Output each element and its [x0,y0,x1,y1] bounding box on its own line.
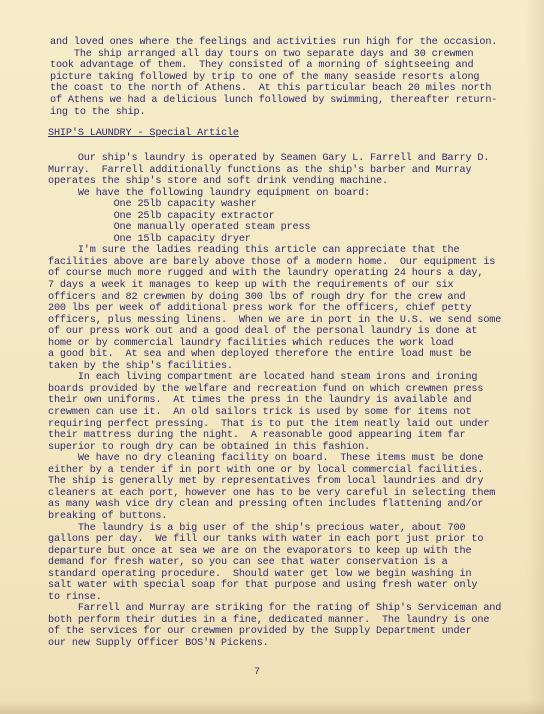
text-line: picture taking followed by trip to one o… [50,72,510,84]
intro-paragraph: and loved ones where the feelings and ac… [50,37,510,118]
text-line: One manually operated steam press [48,222,518,234]
text-line: The laundry is a big user of the ship's … [48,523,518,535]
text-line: 200 lbs per week of additional press wor… [48,303,518,315]
text-line: requiring perfect pressing. That is to p… [48,419,518,431]
text-line: their mattress during the night. A reaso… [48,430,518,442]
text-line: We have no dry cleaning facility on boar… [48,453,518,465]
text-line: breaking of buttons. [48,511,518,523]
text-line: One 25lb capacity extractor [48,211,518,223]
text-line: Farrell and Murray are striking for the … [48,603,518,615]
text-line: cleaners at each port, however one has t… [48,488,518,500]
text-line: We have the following laundry equipment … [48,188,518,200]
text-line: of the services for our crewmen provided… [48,626,518,638]
text-line: officers, plus messing linens. When we a… [48,315,518,327]
document-page: and loved ones where the feelings and ac… [0,0,544,714]
text-line: ing to the ship. [50,107,510,119]
text-line: Our ship's laundry is operated by Seamen… [48,153,518,165]
text-line: to rinse. [48,592,518,604]
text-line: and loved ones where the feelings and ac… [50,37,510,49]
text-line: home or by commercial laundry facilities… [48,338,518,350]
text-line: boards provided by the welfare and recre… [48,384,518,396]
text-line: In each living compartment are located h… [48,372,518,384]
text-line: One 15lb capacity dryer [48,234,518,246]
text-line: salt water with special soap for that pu… [48,580,518,592]
text-line: One 25lb capacity washer [48,199,518,211]
text-line: Murray. Farrell additionally functions a… [48,165,518,177]
text-line: departure but once at sea we are on the … [48,546,518,558]
text-line: either by a tender if in port with one o… [48,465,518,477]
text-line: demand for fresh water, so you can see t… [48,557,518,569]
text-line: the coast to the north of Athens. At thi… [50,83,510,95]
article-heading: SHIP'S LAUNDRY - Special Article [48,128,239,139]
text-line: their own uniforms. At times the press i… [48,395,518,407]
paper-edge-shadow [526,0,544,714]
text-line: took advantage of them. They consisted o… [50,60,510,72]
paper-bottom-shadow [0,700,544,714]
text-line: of course much more rugged and with the … [48,268,518,280]
text-line: as many wash vice dry clean and pressing… [48,499,518,511]
page-number: 7 [254,667,260,678]
text-line: superior to rough dry can be obtained in… [48,442,518,454]
text-line: taken by the ship's facilities. [48,361,518,373]
text-line: The ship arranged all day tours on two s… [50,49,510,61]
text-line: 7 days a week it manages to keep up with… [48,280,518,292]
text-line: both perform their duties in a fine, ded… [48,615,518,627]
text-line: of our press work out and a good deal of… [48,326,518,338]
text-line: our new Supply Officer BOS'N Pickens. [48,638,518,650]
text-line: officers and 82 crewmen by doing 300 lbs… [48,292,518,304]
text-line: gallons per day. We fill our tanks with … [48,534,518,546]
article-body: Our ship's laundry is operated by Seamen… [48,153,518,650]
text-line: crewmen can use it. An old sailors trick… [48,407,518,419]
text-line: The ship is generally met by representat… [48,476,518,488]
text-line: standard operating procedure. Should wat… [48,569,518,581]
text-line: of Athens we had a delicious lunch follo… [50,95,510,107]
text-line: I'm sure the ladies reading this article… [48,245,518,257]
text-line: a good bit. At sea and when deployed the… [48,349,518,361]
text-line: facilities above are barely above those … [48,257,518,269]
text-line: operates the ship's store and soft drink… [48,176,518,188]
